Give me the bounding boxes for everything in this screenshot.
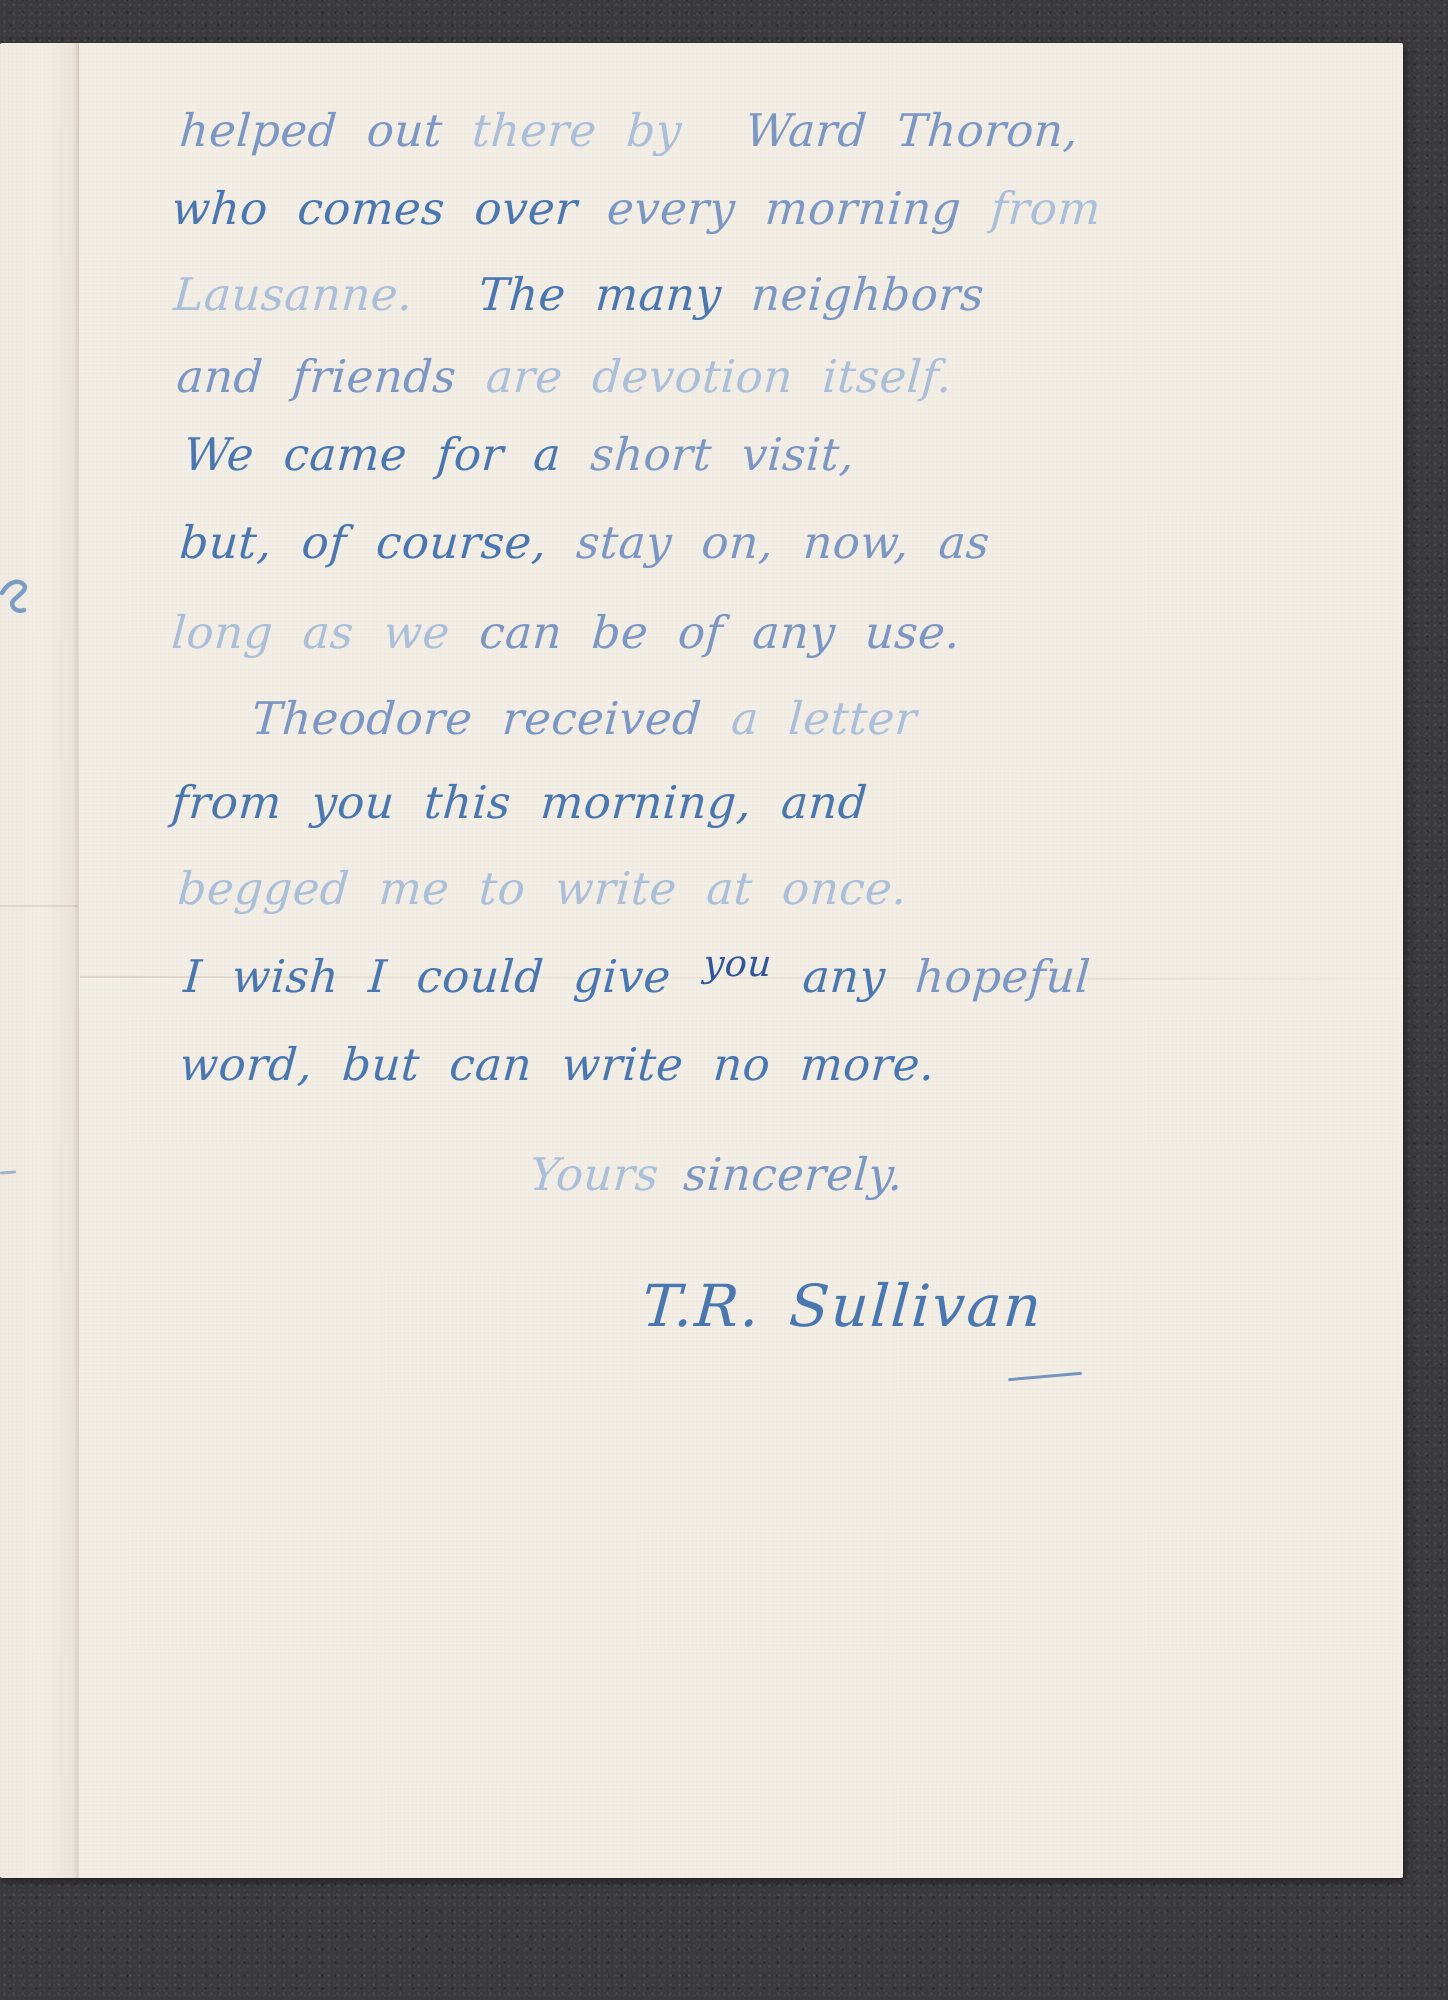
handwriting-segment: helped out	[178, 104, 444, 157]
handwriting-segment: a letter	[730, 692, 919, 745]
handwriting-segment: neighbors	[749, 268, 986, 321]
handwriting-segment: The many	[477, 268, 724, 321]
handwriting-segment: can be of any use.	[478, 606, 962, 659]
handwritten-line-13: Yours sincerely.	[528, 1148, 905, 1201]
handwritten-line-1: helped out there by Ward Thoron,	[178, 104, 1080, 157]
handwritten-line-2: who comes over every morning from	[170, 182, 1103, 235]
handwriting-segment: stay on, now, as	[575, 516, 992, 569]
handwriting-segment: sincerely.	[682, 1148, 905, 1201]
handwritten-line-12: word, but can write no more.	[178, 1038, 937, 1091]
handwritten-line-3: Lausanne. The many neighbors	[172, 268, 986, 321]
handwriting-segment: there by	[471, 104, 684, 157]
handwriting-segment: Yours	[528, 1148, 661, 1201]
handwritten-line-8: Theodore received a letter	[250, 692, 919, 745]
handwriting-segment: T.R. Sullivan	[640, 1272, 1045, 1340]
handwriting-segment: Ward Thoron,	[744, 104, 1080, 157]
handwriting-segment: who comes over	[170, 182, 579, 235]
handwriting-segment: Theodore received	[250, 692, 704, 745]
handwriting-segment: every morning	[605, 182, 963, 235]
handwriting-segment: word, but can write no more.	[178, 1038, 937, 1091]
handwritten-line-9: from you this morning, and	[170, 776, 869, 829]
handwritten-line-11: I wish I could give you any hopeful	[182, 950, 1092, 1003]
handwriting-segment: any	[801, 950, 887, 1003]
handwriting-segment: but, of course,	[178, 516, 549, 569]
handwritten-line-10: begged me to write at once.	[176, 862, 909, 915]
handwriting-segment: short visit,	[589, 428, 856, 481]
handwritten-line-4: and friends are devotion itself.	[175, 350, 954, 403]
handwriting-segment: devotion itself.	[591, 350, 954, 403]
handwriting-segment: you	[702, 942, 773, 985]
handwriting-segment: to write at once.	[477, 862, 909, 915]
handwriting-segment: are	[484, 350, 564, 403]
handwriting-segment: from	[989, 182, 1103, 235]
letter-text: helped out there by Ward Thoron,who come…	[0, 43, 1403, 1878]
handwritten-line-14: T.R. Sullivan	[640, 1272, 1045, 1340]
handwriting-segment: We came for a	[182, 428, 563, 481]
handwriting-segment: Lausanne.	[172, 268, 415, 321]
handwriting-segment: begged me	[176, 862, 451, 915]
handwriting-segment: long as we	[170, 606, 452, 659]
handwritten-line-7: long as we can be of any use.	[170, 606, 962, 659]
handwritten-line-6: but, of course, stay on, now, as	[178, 516, 992, 569]
letter-page: helped out there by Ward Thoron,who come…	[0, 43, 1403, 1878]
handwritten-line-5: We came for a short visit,	[182, 428, 856, 481]
handwriting-segment: I wish I could give	[182, 950, 673, 1003]
handwriting-segment: hopeful	[913, 950, 1092, 1003]
handwriting-segment: and friends	[175, 350, 458, 403]
handwriting-segment: from you this morning, and	[170, 776, 869, 829]
